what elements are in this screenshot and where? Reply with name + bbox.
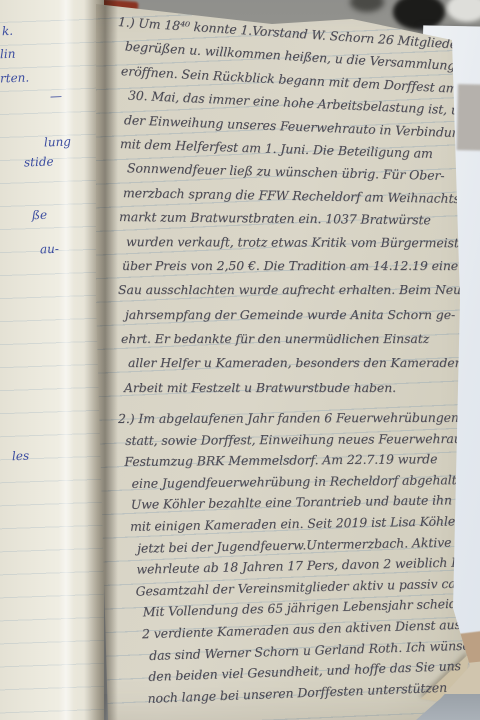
notebook-photo: k.linrten.—lungstideßeau-les 1.) Um 18⁴⁰… — [0, 0, 480, 720]
margin-text-fragment: k. — [2, 24, 14, 38]
margin-text-fragment: les — [12, 449, 30, 464]
margin-text-fragment: lung — [44, 135, 71, 150]
handwritten-line: ehrt. Er bedankte für den unermüdlichen … — [118, 327, 474, 351]
handwritten-line: Arbeit mit Festzelt u Bratwurstbude habe… — [118, 376, 474, 400]
section-1: 1.) Um 18⁴⁰ konnte 1.Vorstand W. Schorn … — [118, 10, 474, 400]
background-dark-blob — [350, 0, 384, 12]
handwritten-line: 2.) Im abgelaufenen Jahr fanden 6 Feuerw… — [118, 407, 474, 430]
section-2: 2.) Im abgelaufenen Jahr fanden 6 Feuerw… — [118, 408, 474, 710]
margin-text-fragment: ße — [32, 208, 48, 223]
handwritten-line: wurden verkauft, trotz etwas Kritik vom … — [118, 230, 474, 256]
handwritten-line: aller Helfer u Kameraden, besonders den … — [118, 351, 474, 375]
previous-page-edge: k.linrten.—lungstideßeau-les — [0, 0, 104, 720]
sheet-shadow-patch — [457, 84, 480, 151]
margin-text-fragment: au- — [40, 242, 59, 257]
handwritten-line: Sau ausschlachten wurde aufrecht erhalte… — [118, 278, 474, 302]
margin-text-fragment: lin — [0, 47, 16, 62]
margin-text-fragment: — — [50, 89, 62, 103]
handwritten-line: über Preis von 2,50 €. Die Tradition am … — [118, 254, 474, 278]
margin-text-fragment: rten. — [0, 70, 29, 85]
background-light-blob — [447, 0, 480, 22]
margin-text-fragment: stide — [24, 154, 54, 169]
handwritten-line: markt zum Bratwurstbraten ein. 1037 Brat… — [118, 205, 474, 233]
page-fold-highlight — [58, 0, 74, 720]
handwritten-line: jahrsempfang der Gemeinde wurde Anita Sc… — [118, 303, 474, 327]
